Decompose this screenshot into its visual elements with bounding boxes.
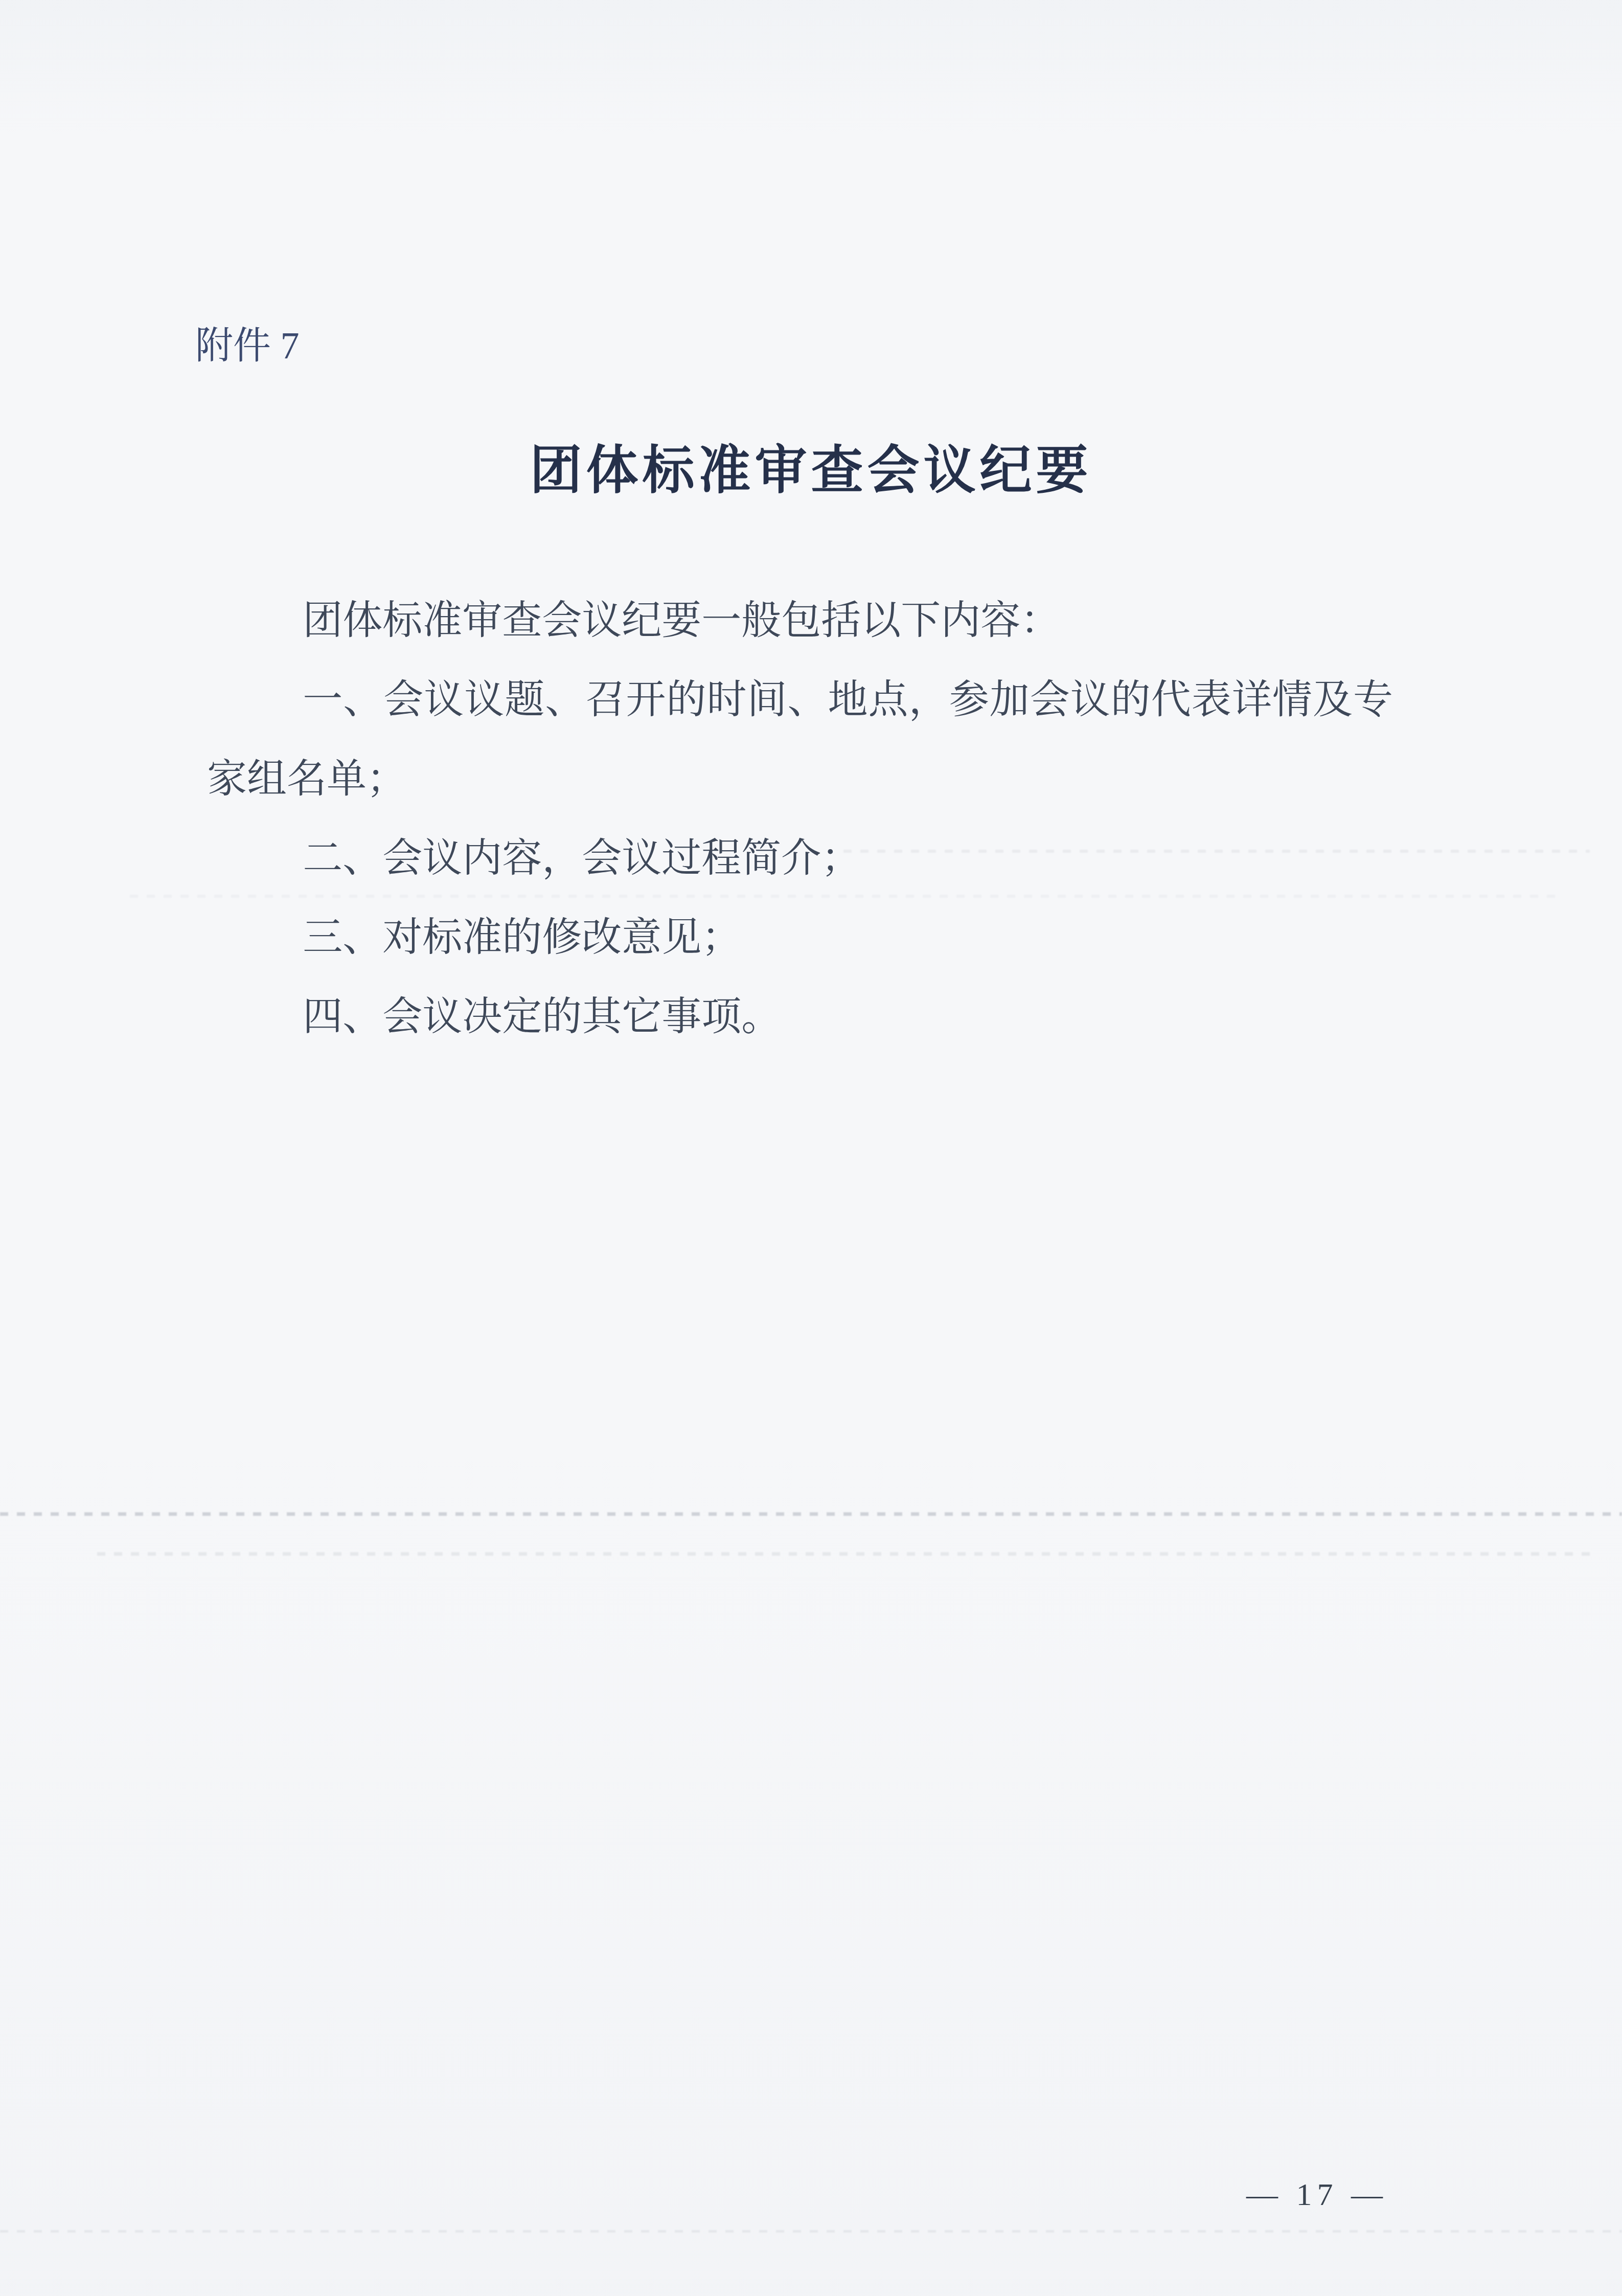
body-paragraph-item-3: 三、对标准的修改意见；	[207, 898, 1393, 977]
scan-artifact-line	[97, 1552, 1589, 1556]
body-paragraph-intro: 团体标准审查会议纪要一般包括以下内容：	[207, 581, 1393, 660]
page-number: — 17 —	[1246, 2179, 1388, 2211]
body-paragraph-item-2: 二、会议内容，会议过程简介；	[207, 819, 1393, 898]
body-paragraph-item-4: 四、会议决定的其它事项。	[207, 977, 1393, 1056]
scan-artifact-line	[0, 2230, 1622, 2233]
scanned-document-page: 附件 7 团体标准审查会议纪要 团体标准审查会议纪要一般包括以下内容： 一、会议…	[0, 0, 1622, 2296]
body-paragraph-item-1: 一、会议议题、召开的时间、地点，参加会议的代表详情及专家组名单；	[207, 660, 1393, 819]
page-title: 团体标准审查会议纪要	[0, 443, 1622, 500]
document-body: 团体标准审查会议纪要一般包括以下内容： 一、会议议题、召开的时间、地点，参加会议…	[207, 581, 1393, 1056]
attachment-label: 附件 7	[195, 327, 300, 365]
scan-artifact-line	[0, 1512, 1622, 1516]
